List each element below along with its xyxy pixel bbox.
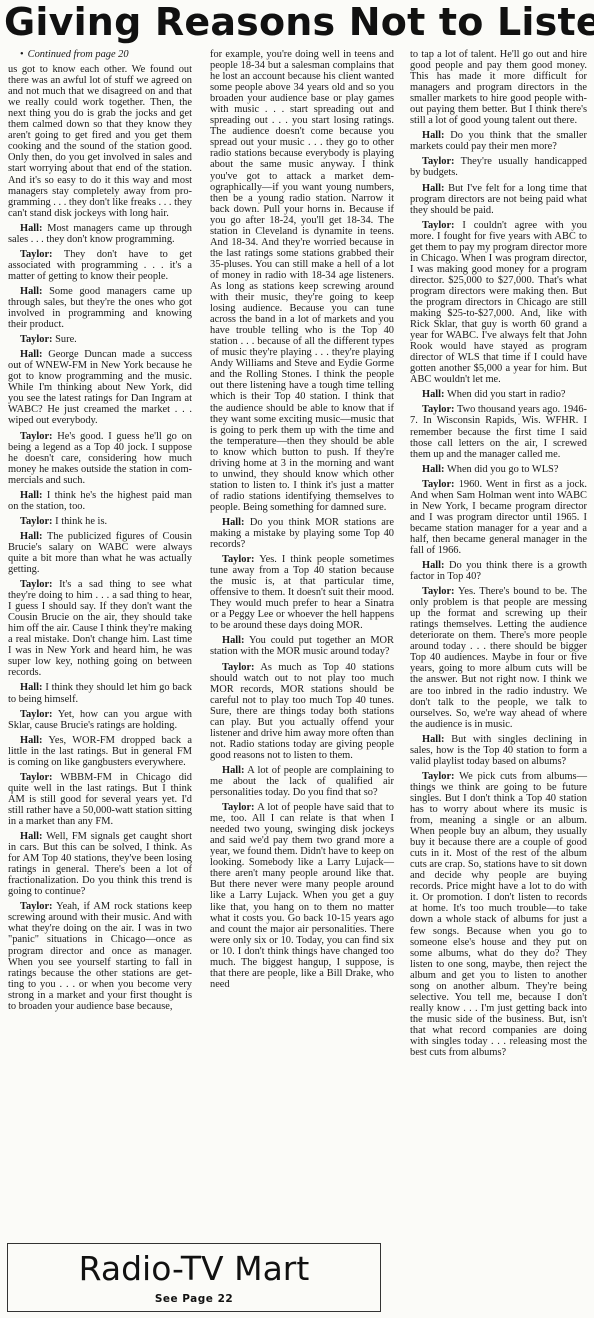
paragraph: Taylor: I couldn't agree with you more. … [410, 220, 587, 386]
paragraph: Taylor: They're usually handi­capped by … [410, 156, 587, 178]
paragraph: Taylor: Yes. I think people sometimes tu… [210, 554, 394, 631]
speaker-label: Taylor: [222, 554, 255, 565]
speaker-label: Hall: [422, 183, 445, 194]
speaker-label: Taylor: [20, 249, 53, 260]
paragraph: Hall: Most managers came up through sale… [8, 223, 192, 245]
paragraph: Hall: I think they should let him go bac… [8, 682, 192, 704]
article-column-3: to tap a lot of talent. He'll go out and… [410, 49, 587, 1062]
speaker-label: Hall: [20, 531, 43, 542]
paragraph: Hall: I think he's the highest paid man … [8, 490, 192, 512]
article-column-2: for example, you're doing well in teens … [210, 49, 394, 994]
paragraph: Hall: But I've felt for a long time that… [410, 183, 587, 216]
paragraph: Hall: But with singles declining in sale… [410, 734, 587, 767]
radio-tv-mart-ad: Radio-TV Mart See Page 22 [7, 1243, 381, 1312]
ad-title: Radio-TV Mart [8, 1250, 380, 1288]
paragraph: Taylor: 1960. Went in first as a jock. A… [410, 479, 587, 556]
paragraph: Taylor: Yes. There's bound to be. The on… [410, 586, 587, 730]
speaker-label: Taylor: [20, 709, 53, 720]
paragraph: Hall: When did you start in ra­dio? [410, 389, 587, 400]
speaker-label: Taylor: [422, 771, 455, 782]
speaker-label: Hall: [222, 517, 245, 528]
paragraph: Hall: Yes, WOR-FM dropped back a little … [8, 735, 192, 768]
speaker-label: Hall: [20, 349, 43, 360]
speaker-label: Taylor: [20, 431, 53, 442]
paragraph: Taylor: It's a sad thing to see what the… [8, 579, 192, 678]
speaker-label: Hall: [422, 389, 445, 400]
speaker-label: Taylor: [20, 901, 53, 912]
speaker-label: Hall: [422, 560, 445, 571]
paragraph: Taylor: They don't have to get associate… [8, 249, 192, 282]
speaker-label: Hall: [222, 765, 245, 776]
speaker-label: Taylor: [422, 479, 455, 490]
paragraph: for example, you're doing well in teens … [210, 49, 394, 513]
speaker-label: Taylor: [422, 404, 455, 415]
paragraph: Hall: Some good managers came up through… [8, 286, 192, 330]
paragraph: Hall: When did you go to WLS? [410, 464, 587, 475]
paragraph: Taylor: Sure. [8, 334, 192, 345]
speaker-label: Taylor: [20, 516, 53, 527]
paragraph: us got to know each other. We found out … [8, 64, 192, 219]
paragraph: Taylor: He's good. I guess he'll go on b… [8, 431, 192, 486]
paragraph: Taylor: Yet, how can you argue with Skla… [8, 709, 192, 731]
bullet-icon: • [20, 49, 24, 60]
continued-note-text: Continued from page 20 [28, 49, 129, 60]
paragraph: Hall: Do you think that the smaller mark… [410, 130, 587, 152]
paragraph: to tap a lot of talent. He'll go out and… [410, 49, 587, 126]
ad-subtitle: See Page 22 [8, 1292, 380, 1306]
speaker-label: Hall: [422, 130, 445, 141]
speaker-label: Taylor: [222, 662, 255, 673]
speaker-label: Taylor: [422, 586, 455, 597]
paragraph: Hall: The publicized figures of Cousin B… [8, 531, 192, 575]
article-column-1: •Continued from page 20 us got to know e… [8, 49, 192, 1016]
paragraph: Taylor: I think he is. [8, 516, 192, 527]
speaker-label: Taylor: [422, 156, 455, 167]
paragraph: Taylor: A lot of people have said that t… [210, 802, 394, 990]
paragraph: Taylor: Two thousand years ago. 1946-7. … [410, 404, 587, 459]
paragraph: Taylor: We pick cuts from al­bums—things… [410, 771, 587, 1058]
paragraph: Hall: Do you think MOR sta­tions are mak… [210, 517, 394, 550]
speaker-label: Hall: [20, 831, 43, 842]
paragraph: Taylor: WBBM-FM in Chicago did quite wel… [8, 772, 192, 827]
paragraph: Hall: Do you think there is a growth fac… [410, 560, 587, 582]
speaker-label: Hall: [20, 223, 43, 234]
speaker-label: Hall: [422, 734, 445, 745]
speaker-label: Hall: [20, 286, 43, 297]
continued-note: •Continued from page 20 [8, 49, 192, 60]
speaker-label: Taylor: [222, 802, 255, 813]
speaker-label: Hall: [222, 635, 245, 646]
speaker-label: Hall: [20, 735, 43, 746]
speaker-label: Taylor: [20, 334, 53, 345]
speaker-label: Taylor: [422, 220, 455, 231]
speaker-label: Taylor: [20, 579, 53, 590]
paragraph: Taylor: As much as Top 40 sta­tions shou… [210, 662, 394, 761]
speaker-label: Hall: [20, 682, 43, 693]
paragraph: Hall: A lot of people are com­plaining t… [210, 765, 394, 798]
paragraph: Hall: Well, FM signals get caught short … [8, 831, 192, 897]
speaker-label: Hall: [20, 490, 43, 501]
paragraph: Hall: George Duncan made a success out o… [8, 349, 192, 426]
paragraph: Taylor: Yeah, if AM rock sta­tions keep … [8, 901, 192, 1011]
headline: Giving Reasons Not to Listen [4, 0, 594, 44]
speaker-label: Taylor: [20, 772, 53, 783]
speaker-label: Hall: [422, 464, 445, 475]
paragraph: Hall: You could put together an MOR stat… [210, 635, 394, 657]
